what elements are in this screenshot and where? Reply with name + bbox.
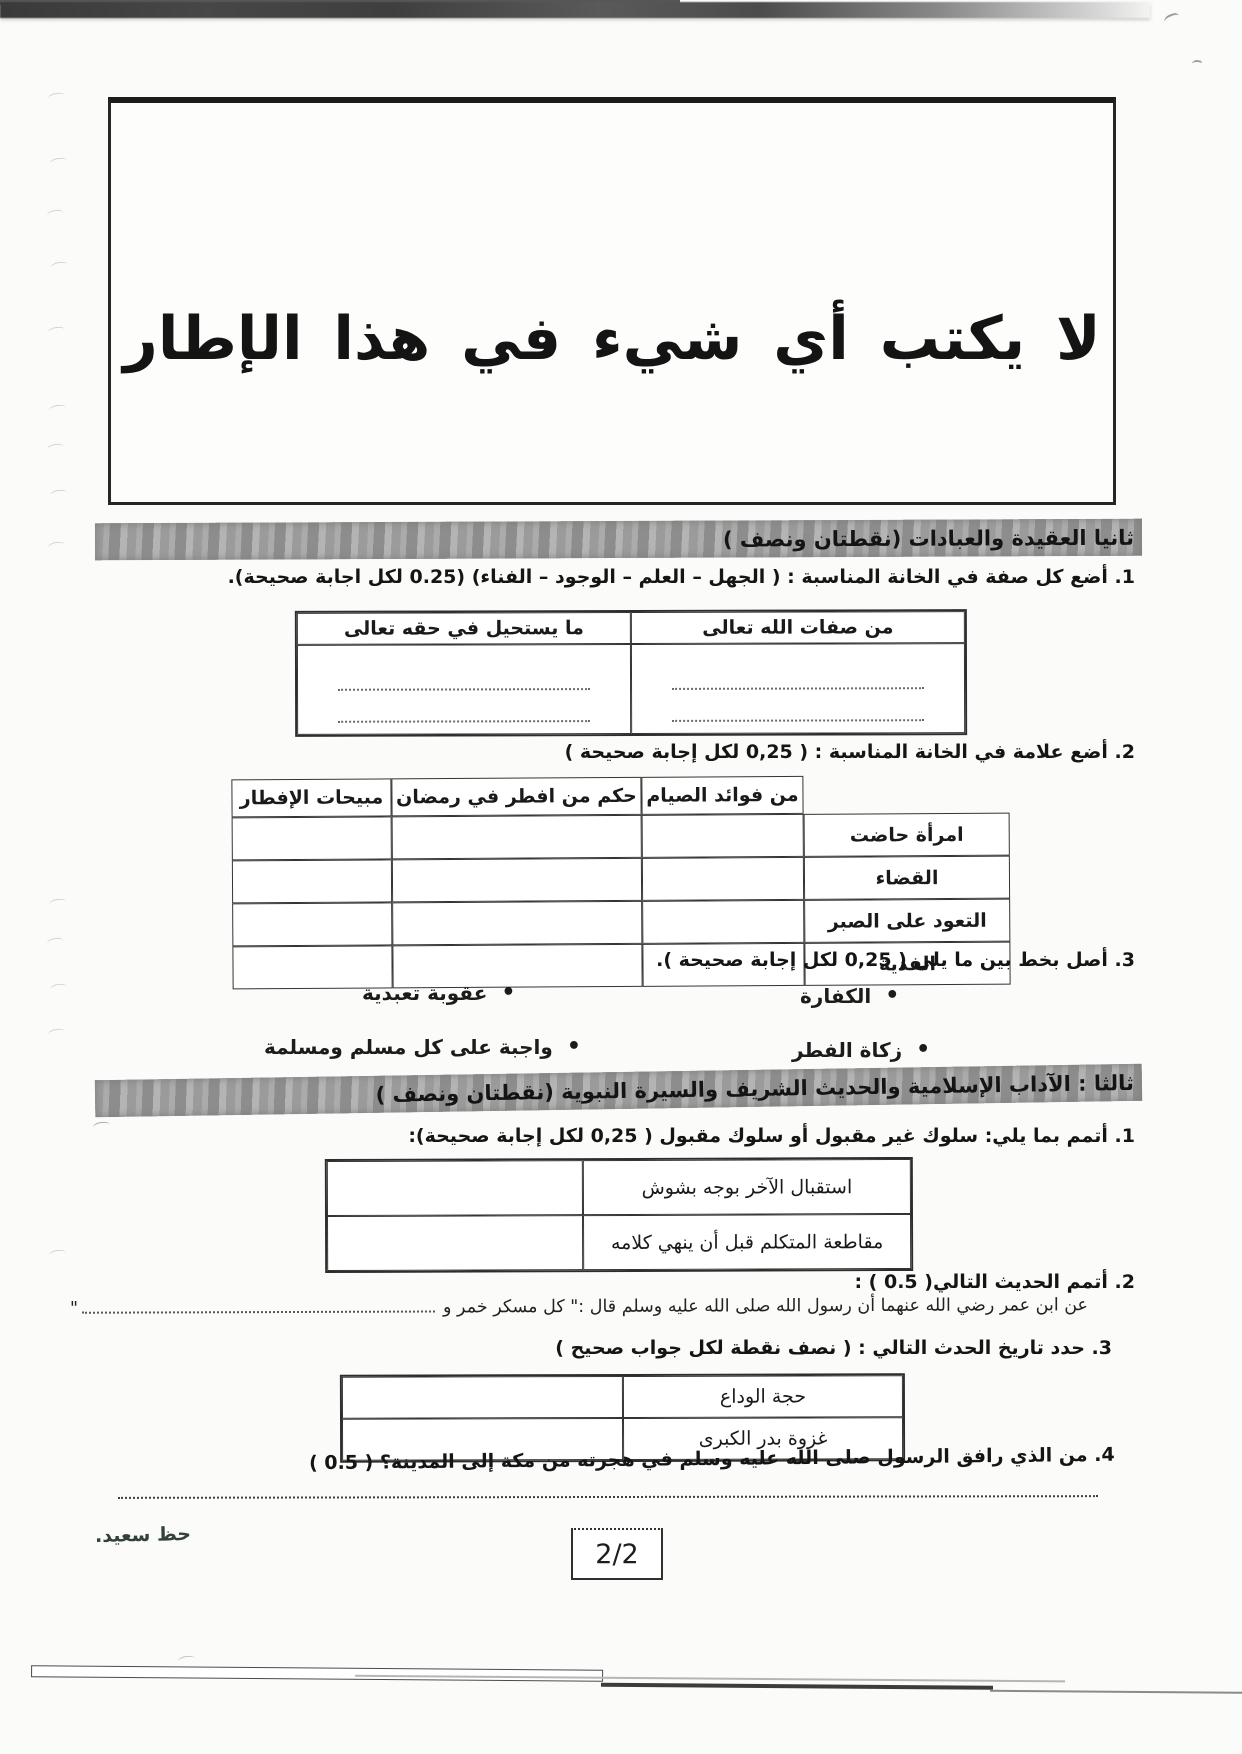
behavior-text: استقبال الآخر بوجه بشوش	[583, 1159, 911, 1215]
scan-line	[990, 1690, 1242, 1694]
fasting-answer-cell	[232, 859, 392, 903]
s3-question3: 3. حدد تاريخ الحدث التالي : ( نصف نقطة ل…	[555, 1337, 1112, 1359]
bullet-icon: •	[501, 982, 515, 1004]
scan-band-top	[0, 2, 1150, 18]
s2-question1: 1. أضع كل صفة في الخانة المناسبة : ( الج…	[228, 566, 1135, 588]
scan-mark	[47, 541, 65, 552]
bullet-icon: •	[885, 985, 899, 1007]
match-text: عقوبة تعبدية	[362, 981, 487, 1005]
section3-header-bar: ثالثا : الآداب الإسلامية والحديث الشريف …	[95, 1064, 1142, 1117]
answer-dotted-line	[338, 688, 590, 691]
match-item-left-1: • عقوبة تعبدية	[362, 981, 515, 1005]
scan-mark	[49, 983, 67, 994]
behavior-table: استقبال الآخر بوجه بشوش مقاطعة المتكلم ق…	[325, 1157, 913, 1273]
fasting-table-header-benefits: من فوائد الصيام	[641, 776, 803, 815]
scan-mark	[47, 1028, 65, 1039]
fasting-row-label: امرأة حاضت	[804, 813, 1010, 857]
match-text: زكاة الفطر	[792, 1038, 902, 1062]
hadith-closing-quote: "	[70, 1299, 78, 1319]
match-text: الكفارة	[800, 984, 871, 1008]
attributes-table: من صفات الله تعالى ما يستحيل في حقه تعال…	[295, 609, 967, 737]
event-text: حجة الوداع	[623, 1375, 903, 1418]
fasting-answer-cell	[232, 902, 392, 946]
match-item-left-2: • واجبة على كل مسلم ومسلمة	[264, 1035, 581, 1059]
frame-notice-text: لا يكتب أي شيء في هذا الإطار	[123, 304, 1100, 374]
fasting-answer-cell	[392, 858, 642, 903]
scan-mark	[48, 1249, 66, 1260]
scan-mark	[46, 209, 64, 220]
behavior-answer-cell	[327, 1160, 583, 1216]
match-text: واجبة على كل مسلم ومسلمة	[264, 1035, 553, 1059]
attributes-answer-cell-right	[631, 643, 965, 734]
bullet-icon: •	[567, 1036, 581, 1058]
s2-question3: 3. أصل بخط بين ما يلي ( 0,25 لكل إجابة ص…	[656, 949, 1135, 971]
behavior-answer-cell	[327, 1215, 583, 1271]
match-item-right-2: • زكاة الفطر	[792, 1038, 930, 1062]
scanned-exam-page: { "document": { "frame_notice": "لا يكتب…	[0, 0, 1242, 1754]
bullet-icon: •	[916, 1039, 930, 1061]
s3-question1: 1. أتمم بما يلي: سلوك غير مقبول أو سلوك …	[408, 1125, 1135, 1147]
page-number-box: 2/2	[571, 1528, 663, 1580]
scan-mark	[50, 261, 68, 272]
fasting-answer-cell	[642, 814, 804, 858]
scan-mark	[47, 92, 65, 103]
answer-dotted-line	[672, 687, 924, 690]
scan-mark	[47, 326, 65, 337]
hadith-dotted-fill	[82, 1311, 435, 1314]
fasting-row-label: القضاء	[804, 856, 1010, 900]
answer-dotted-line	[338, 720, 590, 723]
fasting-answer-cell	[392, 901, 642, 946]
attributes-table-header-right: من صفات الله تعالى	[631, 611, 965, 644]
scan-lines-bottom	[25, 1660, 1242, 1710]
answer-dotted-line	[672, 719, 924, 722]
fasting-answer-cell	[642, 900, 804, 944]
fasting-table-empty-corner	[803, 775, 1009, 814]
scan-mark	[49, 157, 67, 168]
page-number: 2/2	[595, 1539, 638, 1570]
hadith-text: عن ابن عمر رضي الله عنهما أن رسول الله ص…	[443, 1295, 1088, 1317]
attributes-answer-cell-left	[297, 644, 631, 735]
fasting-row-label: التعود على الصبر	[804, 899, 1010, 943]
behavior-text: مقاطعة المتكلم قبل أن ينهي كلامه	[583, 1214, 911, 1270]
scan-mark	[48, 404, 66, 415]
scan-mark	[92, 1121, 110, 1132]
s3-question2: 2. أتمم الحديث التالي( 0.5 ) :	[854, 1271, 1135, 1293]
fasting-table-header-ruling: حكم من افطر في رمضان	[391, 777, 641, 817]
scan-line	[601, 1683, 993, 1690]
fasting-answer-cell	[232, 816, 392, 860]
scan-mark	[46, 443, 64, 454]
scan-line	[31, 1665, 603, 1681]
pen-mark	[1192, 59, 1203, 68]
pen-mark	[1163, 12, 1182, 27]
good-luck-text: حظ سعيد.	[95, 1523, 191, 1547]
match-item-right-1: • الكفارة	[800, 984, 899, 1008]
date-answer-cell	[342, 1376, 623, 1419]
s2-question2: 2. أضع علامة في الخانة المناسبة : ( 0,25…	[565, 741, 1135, 763]
section2-header-bar: ثانيا العقيدة والعبادات (نقطتان ونصف )	[95, 519, 1142, 561]
fasting-answer-cell	[642, 857, 804, 901]
scan-mark	[48, 898, 66, 909]
scan-mark	[46, 937, 64, 948]
fasting-table-header-permits: مبيحات الإفطار	[231, 778, 391, 817]
section2-header-text: ثانيا العقيدة والعبادات (نقطتان ونصف )	[723, 525, 1134, 551]
fasting-answer-cell	[392, 815, 642, 860]
attributes-table-header-left: ما يستحيل في حقه تعالى	[297, 612, 631, 645]
do-not-write-frame: لا يكتب أي شيء في هذا الإطار	[108, 97, 1116, 505]
hadith-line: عن ابن عمر رضي الله عنهما أن رسول الله ص…	[70, 1295, 1088, 1319]
section3-header-text: ثالثا : الآداب الإسلامية والحديث الشريف …	[375, 1070, 1134, 1106]
scan-mark	[49, 489, 67, 500]
answer-dotted-line-long	[118, 1495, 1098, 1499]
